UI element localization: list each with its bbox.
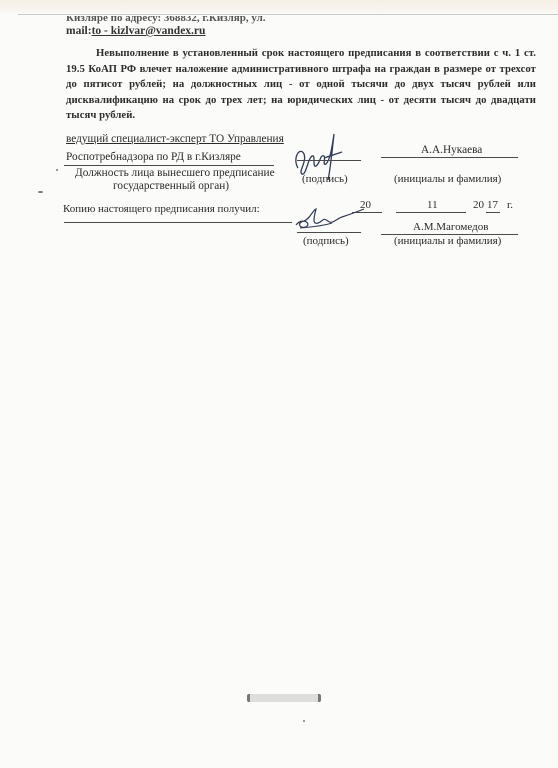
scan-edge <box>0 0 558 14</box>
receipt-month-line <box>396 212 466 213</box>
issuer-name-caption: (инициалы и фамилия) <box>394 173 501 186</box>
receipt-label: Копию настоящего предписания получил: <box>63 203 260 216</box>
receiver-signature-line <box>297 232 361 233</box>
receipt-year-unit: г. <box>507 199 513 212</box>
receipt-year-line <box>486 212 500 213</box>
issuer-position-caption-2: государственный орган) <box>113 180 229 193</box>
receiver-name-caption: (инициалы и фамилия) <box>394 235 501 248</box>
issuer-position-caption-1: Должность лица вынесшего предписание <box>75 167 275 180</box>
receiver-signature-icon <box>292 203 372 233</box>
issuer-position-underline <box>64 165 274 166</box>
receiver-signature-caption: (подпись) <box>303 235 349 248</box>
scan-mark <box>303 720 305 722</box>
issuer-position-line1: ведущий специалист-эксперт ТО Управления <box>66 133 284 146</box>
scan-smudge <box>247 694 321 702</box>
email-line: mail:to - kizlvar@vandex.ru <box>66 25 205 38</box>
issuer-signature-caption: (подпись) <box>302 173 348 186</box>
receiver-name: А.М.Магомедов <box>413 221 488 234</box>
email-link[interactable]: to - kizlvar@vandex.ru <box>92 25 206 37</box>
issuer-position-line2: Роспотребнадзора по РД в г.Кизляре <box>66 151 241 164</box>
penalty-text: Невыполнение в установленный срок настоя… <box>66 47 536 121</box>
receipt-month: 11 <box>427 199 438 212</box>
issuer-name: А.А.Нукаева <box>421 144 482 157</box>
scan-mark <box>38 191 43 193</box>
issuer-name-line <box>381 157 518 158</box>
scan-mark <box>56 169 58 171</box>
email-prefix: mail: <box>66 25 92 37</box>
scan-border-line <box>18 14 558 15</box>
receipt-label-line <box>64 222 292 223</box>
receipt-year-suffix: 17 <box>487 199 498 212</box>
receipt-year-prefix: 20 <box>473 199 484 212</box>
issuer-signature-line <box>297 160 361 161</box>
penalty-paragraph: Невыполнение в установленный срок настоя… <box>66 46 536 124</box>
